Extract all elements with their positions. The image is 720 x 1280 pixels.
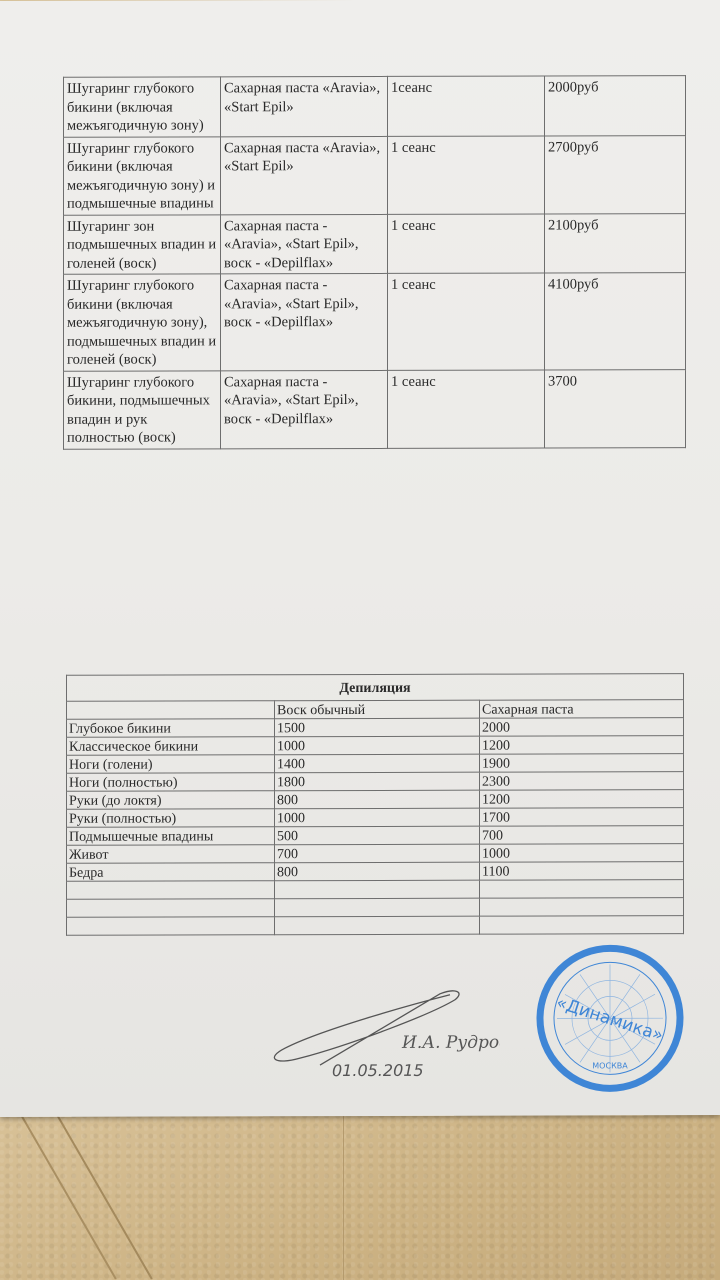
sugar-price-cell: 700 [480, 826, 684, 845]
sessions-cell: 1 сеанс [388, 136, 545, 214]
table-row: Ноги (голени)14001900 [67, 754, 684, 774]
sessions-cell: 1 сеанс [388, 370, 545, 448]
sessions-cell: 1 сеанс [388, 214, 545, 274]
sessions-cell: 1сеанс [388, 76, 545, 136]
zone-cell: Ноги (голени) [67, 755, 275, 774]
material-cell: Сахарная паста - «Aravia», «Start Epil»,… [221, 214, 388, 274]
sugar-price-cell [480, 898, 684, 917]
zone-cell: Ноги (полностью) [67, 773, 275, 792]
company-stamp: «Динамика» МОСКВА [525, 944, 695, 1092]
table-row: Руки (полностью)10001700 [67, 808, 684, 828]
signature: И.А. Рудрович 01.05.2015 [260, 970, 500, 1091]
depilation-price-table: Депиляция Воск обычный Сахарная паста Гл… [66, 673, 684, 936]
wax-price-cell [275, 880, 480, 899]
wax-price-cell: 500 [275, 826, 480, 845]
wax-price-cell: 1000 [275, 808, 480, 827]
table-row [67, 880, 684, 900]
sugar-price-cell: 1000 [480, 844, 684, 863]
material-cell: Сахарная паста - «Aravia», «Start Epil»,… [221, 273, 388, 370]
wax-price-cell: 700 [275, 844, 480, 863]
column-header [67, 701, 275, 720]
wax-price-cell [275, 898, 480, 917]
zone-cell: Подмышечные впадины [67, 827, 275, 846]
service-cell: Шугаринг глубокого бикини (включая межъя… [64, 274, 221, 371]
sugar-price-cell: 1100 [480, 862, 684, 881]
material-cell: Сахарная паста «Aravia», «Start Epil» [221, 76, 388, 136]
wax-price-cell: 1400 [275, 754, 480, 773]
document-page: Шугаринг глубокого бикини (включая межъя… [0, 0, 720, 1117]
zone-cell [67, 881, 275, 900]
signature-name: И.А. Рудрович [401, 1033, 500, 1053]
table-row: Классическое бикини10001200 [67, 736, 684, 756]
table-row: Шугаринг зон подмышечных впадин и голене… [64, 213, 686, 274]
price-cell: 2000руб [545, 76, 686, 136]
table-row: Бедра8001100 [67, 862, 684, 882]
wax-price-cell [275, 916, 480, 935]
table-row: Ноги (полностью)18002300 [67, 772, 684, 792]
table-row: Живот7001000 [67, 844, 684, 864]
table-row: Шугаринг глубокого бикини, подмышечных в… [64, 369, 686, 449]
zone-cell: Бедра [67, 863, 275, 882]
table-header-row: Воск обычный Сахарная паста [67, 700, 684, 720]
table-row [67, 916, 684, 936]
sugar-price-cell [480, 880, 684, 899]
wax-price-cell: 1800 [275, 772, 480, 791]
material-cell: Сахарная паста «Aravia», «Start Epil» [221, 136, 388, 214]
table-row: Шугаринг глубокого бикини (включая межъя… [64, 135, 686, 215]
material-cell: Сахарная паста - «Aravia», «Start Epil»,… [221, 370, 388, 448]
table-row: Подмышечные впадины500700 [67, 826, 684, 846]
table-row: Шугаринг глубокого бикини (включая межъя… [64, 76, 686, 137]
price-cell: 2100руб [545, 213, 686, 273]
service-cell: Шугаринг глубокого бикини (включая межъя… [64, 136, 221, 214]
service-cell: Шугаринг глубокого бикини, подмышечных в… [64, 370, 221, 448]
wax-price-cell: 800 [275, 862, 480, 881]
sugar-price-cell: 1200 [480, 736, 684, 755]
column-header: Сахарная паста [480, 700, 684, 719]
sugar-price-cell: 1900 [480, 754, 684, 773]
signature-date: 01.05.2015 [332, 1061, 424, 1080]
zone-cell: Глубокое бикини [67, 719, 275, 738]
price-cell: 4100руб [545, 273, 686, 370]
sugar-price-cell: 2000 [480, 718, 684, 737]
sugar-price-cell: 2300 [480, 772, 684, 791]
sessions-cell: 1 сеанс [388, 273, 545, 370]
service-cell: Шугаринг зон подмышечных впадин и голене… [64, 214, 221, 274]
table-row: Руки (до локтя)8001200 [67, 790, 684, 810]
zone-cell: Классическое бикини [67, 737, 275, 756]
leather-seam [343, 1115, 344, 1280]
sugar-price-cell: 1700 [480, 808, 684, 827]
table-row: Глубокое бикини15002000 [67, 718, 684, 738]
zone-cell: Руки (до локтя) [67, 791, 275, 810]
wax-price-cell: 1500 [275, 718, 480, 737]
zone-cell: Руки (полностью) [67, 809, 275, 828]
column-header: Воск обычный [275, 700, 480, 719]
table-title: Депиляция [67, 674, 684, 702]
sugar-price-cell [480, 916, 684, 935]
table-row: Шугаринг глубокого бикини (включая межъя… [64, 273, 686, 371]
sugar-price-cell: 1200 [480, 790, 684, 809]
wax-price-cell: 1000 [275, 736, 480, 755]
zone-cell [67, 899, 275, 918]
services-table: Шугаринг глубокого бикини (включая межъя… [63, 75, 686, 449]
zone-cell [67, 917, 275, 936]
service-cell: Шугаринг глубокого бикини (включая межъя… [64, 77, 221, 137]
zone-cell: Живот [67, 845, 275, 864]
wax-price-cell: 800 [275, 790, 480, 809]
leather-surface [0, 1110, 720, 1280]
stamp-city: МОСКВА [592, 1061, 628, 1070]
table-title-row: Депиляция [67, 674, 684, 702]
table-row [67, 898, 684, 918]
price-cell: 3700 [545, 369, 686, 447]
price-cell: 2700руб [545, 135, 686, 213]
